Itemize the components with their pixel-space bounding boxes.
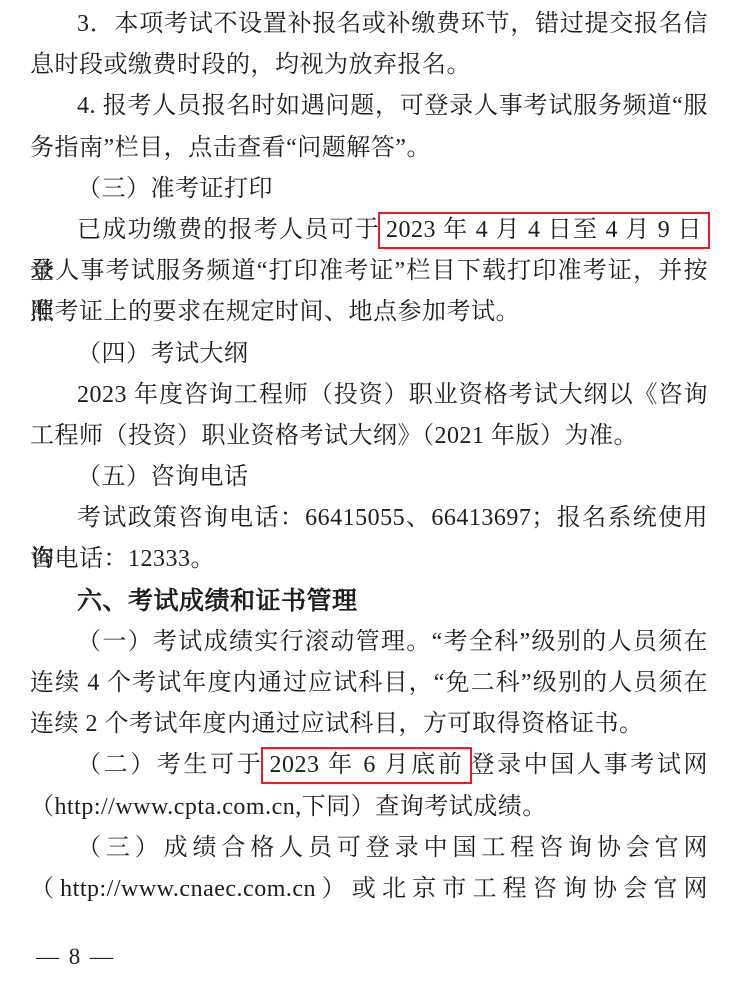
highlighted-score-date: 2023 年 6 月底前 <box>269 752 464 778</box>
paragraph-line: （三）成绩合格人员可登录中国工程咨询协会官网 <box>30 828 708 869</box>
subheading-text: （五）咨询电话 <box>77 464 249 490</box>
paragraph-line: 已成功缴费的报考人员可于2023 年 4 月 4 日至 4 月 9 日登 <box>30 210 708 251</box>
paragraph-text: 连续 4 个考试年度内通过应试科目，“免二科”级别的人员须在 <box>30 670 708 696</box>
highlight-box-score-release-date: 2023 年 6 月底前 <box>261 747 472 784</box>
paragraph-line: 工程师（投资）职业资格考试大纲》（2021 年版）为准。 <box>30 416 708 457</box>
paragraph-line: 考试政策咨询电话：66415055、66413697；报名系统使用咨 <box>30 498 708 539</box>
paragraph-text: 登录中国人事考试网 <box>470 752 708 778</box>
paragraph-text: （http://www.cnaec.com.cn）或北京市工程咨询协会官网 <box>30 876 708 902</box>
paragraph-line: （二）考生可于2023 年 6 月底前登录中国人事考试网 <box>30 745 708 786</box>
paragraph-text: 务指南”栏目，点击查看“问题解答”。 <box>30 135 431 161</box>
paragraph-line: 连续 4 个考试年度内通过应试科目，“免二科”级别的人员须在 <box>30 663 708 704</box>
section-heading-scores-certificates: 六、考试成绩和证书管理 <box>30 581 708 622</box>
highlight-box-admit-card-dates: 2023 年 4 月 4 日至 4 月 9 日 <box>378 212 710 249</box>
paragraph-text: 工程师（投资）职业资格考试大纲》（2021 年版）为准。 <box>30 423 638 449</box>
paragraph-text: 4. 报考人员报名时如遇问题，可登录人事考试服务频道“服 <box>77 93 708 119</box>
paragraph-text: 息时段或缴费时段的，均视为放弃报名。 <box>30 52 471 78</box>
paragraph-text: 2023 年度咨询工程师（投资）职业资格考试大纲以《咨询 <box>77 382 708 408</box>
subheading-text: （四）考试大纲 <box>77 341 249 367</box>
paragraph-line: 询电话：12333。 <box>30 539 708 580</box>
paragraph-line: 息时段或缴费时段的，均视为放弃报名。 <box>30 45 708 86</box>
section-subheading-exam-syllabus: （四）考试大纲 <box>30 334 708 375</box>
paragraph-text: 连续 2 个考试年度内通过应试科目，方可取得资格证书。 <box>30 711 644 737</box>
subheading-text: （三）准考证打印 <box>77 176 273 202</box>
paragraph-line: 3．本项考试不设置补报名或补缴费环节，错过提交报名信 <box>30 4 708 45</box>
paragraph-line: 务指南”栏目，点击查看“问题解答”。 <box>30 128 708 169</box>
paragraph-line: （一）考试成绩实行滚动管理。“考全科”级别的人员须在 <box>30 622 708 663</box>
section-subheading-admit-card: （三）准考证打印 <box>30 169 708 210</box>
paragraph-line: 4. 报考人员报名时如遇问题，可登录人事考试服务频道“服 <box>30 86 708 127</box>
paragraph-text: 询电话：12333。 <box>30 546 215 572</box>
paragraph-line: （http://www.cpta.com.cn,下同）查询考试成绩。 <box>30 787 708 828</box>
document-page: 3．本项考试不设置补报名或补缴费环节，错过提交报名信 息时段或缴费时段的，均视为… <box>0 0 740 992</box>
paragraph-line: 准考证上的要求在规定时间、地点参加考试。 <box>30 292 708 333</box>
paragraph-line: （http://www.cnaec.com.cn）或北京市工程咨询协会官网 <box>30 869 708 910</box>
paragraph-text: 3．本项考试不设置补报名或补缴费环节，错过提交报名信 <box>77 11 708 37</box>
heading-text: 六、考试成绩和证书管理 <box>77 587 358 615</box>
paragraph-text: 准考证上的要求在规定时间、地点参加考试。 <box>30 299 520 325</box>
paragraph-text: （二）考生可于 <box>77 752 263 778</box>
paragraph-text: （http://www.cpta.com.cn,下同）查询考试成绩。 <box>30 794 547 820</box>
paragraph-line: 连续 2 个考试年度内通过应试科目，方可取得资格证书。 <box>30 704 708 745</box>
paragraph-line: 2023 年度咨询工程师（投资）职业资格考试大纲以《咨询 <box>30 375 708 416</box>
paragraph-text: （三）成绩合格人员可登录中国工程咨询协会官网 <box>77 835 708 861</box>
section-subheading-phone: （五）咨询电话 <box>30 457 708 498</box>
paragraph-line: 录人事考试服务频道“打印准考证”栏目下载打印准考证，并按照 <box>30 251 708 292</box>
highlighted-date-range: 2023 年 4 月 4 日至 4 月 9 日 <box>386 217 702 243</box>
page-number: — 8 — <box>36 944 115 970</box>
paragraph-text: 已成功缴费的报考人员可于 <box>77 217 380 243</box>
document-body: 3．本项考试不设置补报名或补缴费环节，错过提交报名信 息时段或缴费时段的，均视为… <box>30 4 708 910</box>
paragraph-text: （一）考试成绩实行滚动管理。“考全科”级别的人员须在 <box>77 629 708 655</box>
